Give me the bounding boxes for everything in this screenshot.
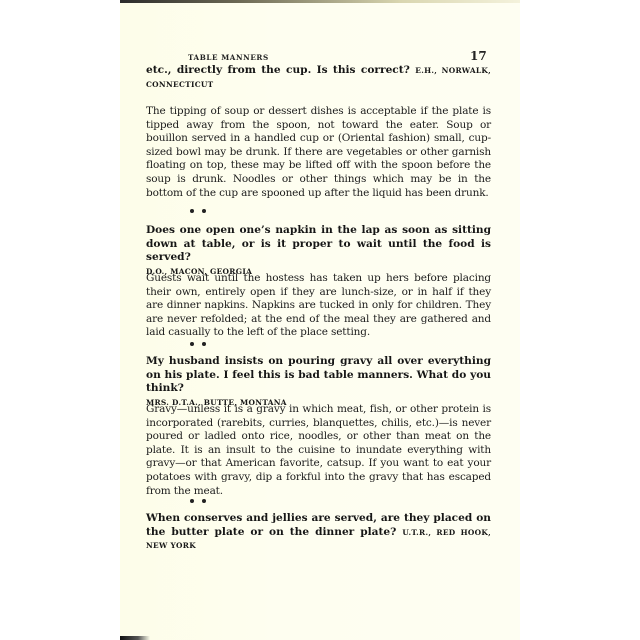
answer: Guests wait until the hostess has taken … bbox=[146, 272, 491, 340]
separator-dot bbox=[202, 342, 206, 346]
section-separator bbox=[190, 495, 214, 506]
answer: Gravy—unless it is a gravy in which meat… bbox=[146, 403, 491, 498]
separator-dot bbox=[202, 499, 206, 503]
question-block-3: When conserves and jellies are served, a… bbox=[146, 512, 491, 553]
question-block-2: My husband insists on pouring gravy all … bbox=[146, 355, 491, 409]
question-text: Does one open one’s napkin in the lap as… bbox=[146, 224, 491, 263]
question: Does one open one’s napkin in the lap as… bbox=[146, 224, 491, 278]
question: When conserves and jellies are served, a… bbox=[146, 512, 491, 553]
separator-dot bbox=[190, 499, 194, 503]
answer: The tipping of soup or dessert dishes is… bbox=[146, 105, 491, 200]
question-block-1: Does one open one’s napkin in the lap as… bbox=[146, 224, 491, 278]
section-separator bbox=[190, 338, 214, 349]
question-text: etc., directly from the cup. Is this cor… bbox=[146, 64, 410, 76]
question: etc., directly from the cup. Is this cor… bbox=[146, 64, 491, 91]
page-bottom-shadow bbox=[120, 636, 150, 640]
separator-dot bbox=[190, 342, 194, 346]
page-number: 17 bbox=[470, 49, 487, 63]
running-head: TABLE MANNERS bbox=[188, 53, 269, 62]
separator-dot bbox=[202, 209, 206, 213]
question-text: My husband insists on pouring gravy all … bbox=[146, 355, 491, 394]
answer-block-1: Guests wait until the hostess has taken … bbox=[146, 272, 491, 340]
answer-block-0: The tipping of soup or dessert dishes is… bbox=[146, 105, 491, 200]
page-top-shadow bbox=[120, 0, 520, 3]
question-block-0: etc., directly from the cup. Is this cor… bbox=[146, 64, 491, 91]
answer-block-2: Gravy—unless it is a gravy in which meat… bbox=[146, 403, 491, 498]
question: My husband insists on pouring gravy all … bbox=[146, 355, 491, 409]
separator-dot bbox=[190, 209, 194, 213]
section-separator bbox=[190, 205, 214, 216]
